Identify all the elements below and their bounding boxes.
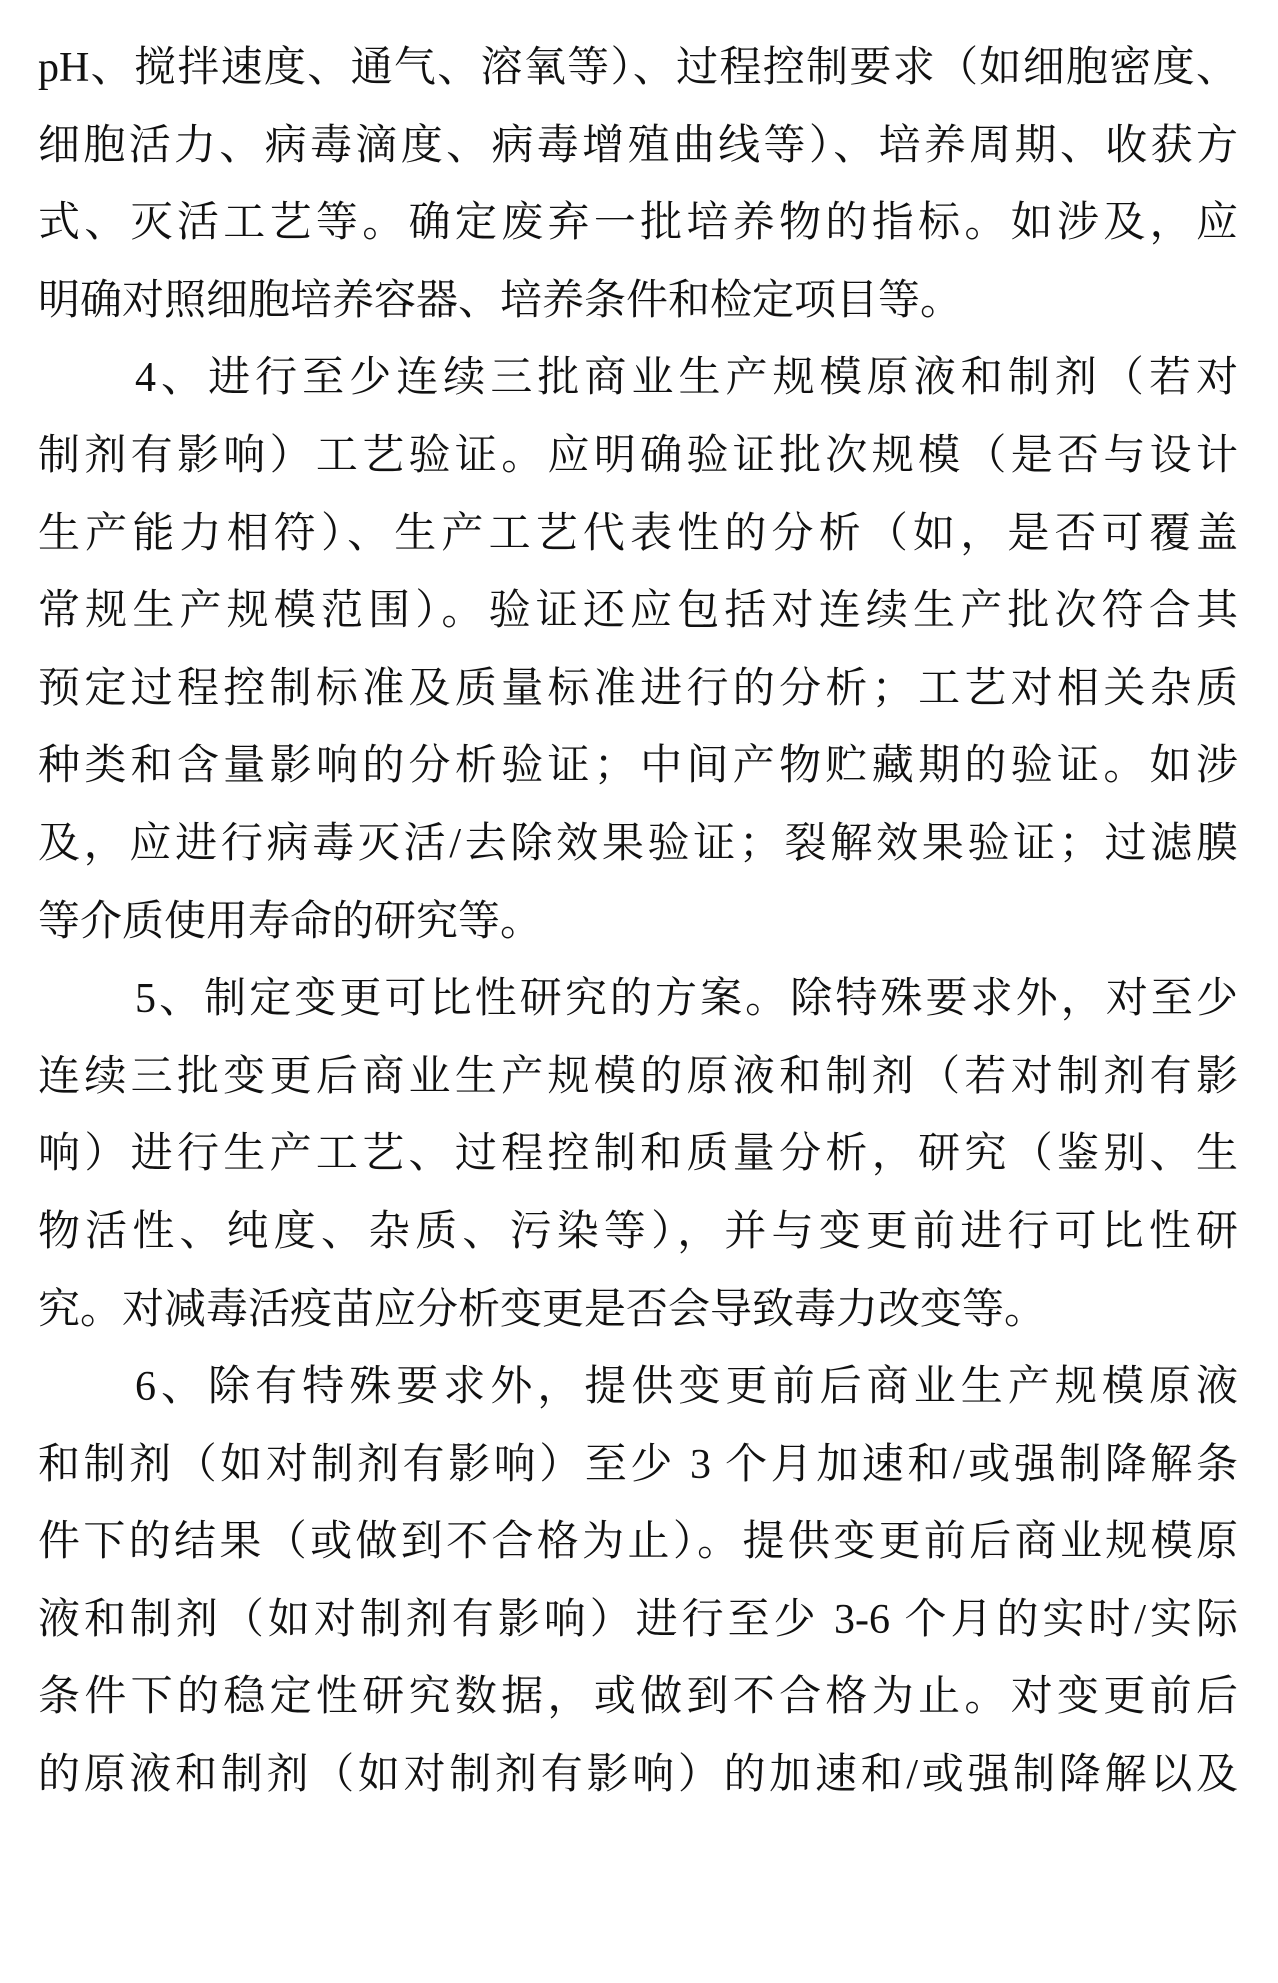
text-line-paragraph-6-start: 6、除有特殊要求外，提供变更前后商业生产规模原液 [38, 1349, 1238, 1427]
text-line: 种类和含量影响的分析验证；中间产物贮藏期的验证。如涉 [38, 728, 1238, 806]
text-line: 及，应进行病毒灭活/去除效果验证；裂解效果验证；过滤膜 [38, 806, 1238, 884]
text-line: 明确对照细胞培养容器、培养条件和检定项目等。 [38, 263, 1238, 341]
text-line: 条件下的稳定性研究数据，或做到不合格为止。对变更前后 [38, 1659, 1238, 1737]
text-line: 液和制剂（如对制剂有影响）进行至少 3-6 个月的实时/实际 [38, 1582, 1238, 1660]
text-line: 常规生产规模范围）。验证还应包括对连续生产批次符合其 [38, 573, 1238, 651]
text-line: pH、搅拌速度、通气、溶氧等）、过程控制要求（如细胞密度、 [38, 30, 1238, 108]
text-line: 件下的结果（或做到不合格为止）。提供变更前后商业规模原 [38, 1504, 1238, 1582]
text-line: 响）进行生产工艺、过程控制和质量分析，研究（鉴别、生 [38, 1116, 1238, 1194]
text-line: 式、灭活工艺等。确定废弃一批培养物的指标。如涉及，应 [38, 185, 1238, 263]
document-page: pH、搅拌速度、通气、溶氧等）、过程控制要求（如细胞密度、 细胞活力、病毒滴度、… [0, 0, 1278, 1983]
text-line: 的原液和制剂（如对制剂有影响）的加速和/或强制降解以及 [38, 1737, 1238, 1815]
text-line: 连续三批变更后商业生产规模的原液和制剂（若对制剂有影 [38, 1039, 1238, 1117]
text-line: 生产能力相符）、生产工艺代表性的分析（如，是否可覆盖 [38, 496, 1238, 574]
text-line: 制剂有影响）工艺验证。应明确验证批次规模（是否与设计 [38, 418, 1238, 496]
text-line: 等介质使用寿命的研究等。 [38, 884, 1238, 962]
text-line-paragraph-5-start: 5、制定变更可比性研究的方案。除特殊要求外，对至少 [38, 961, 1238, 1039]
text-line: 物活性、纯度、杂质、污染等），并与变更前进行可比性研 [38, 1194, 1238, 1272]
text-line-paragraph-4-start: 4、进行至少连续三批商业生产规模原液和制剂（若对 [38, 340, 1238, 418]
text-line: 预定过程控制标准及质量标准进行的分析；工艺对相关杂质 [38, 651, 1238, 729]
text-line: 究。对减毒活疫苗应分析变更是否会导致毒力改变等。 [38, 1272, 1238, 1350]
text-line: 细胞活力、病毒滴度、病毒增殖曲线等）、培养周期、收获方 [38, 108, 1238, 186]
text-line: 和制剂（如对制剂有影响）至少 3 个月加速和/或强制降解条 [38, 1427, 1238, 1505]
